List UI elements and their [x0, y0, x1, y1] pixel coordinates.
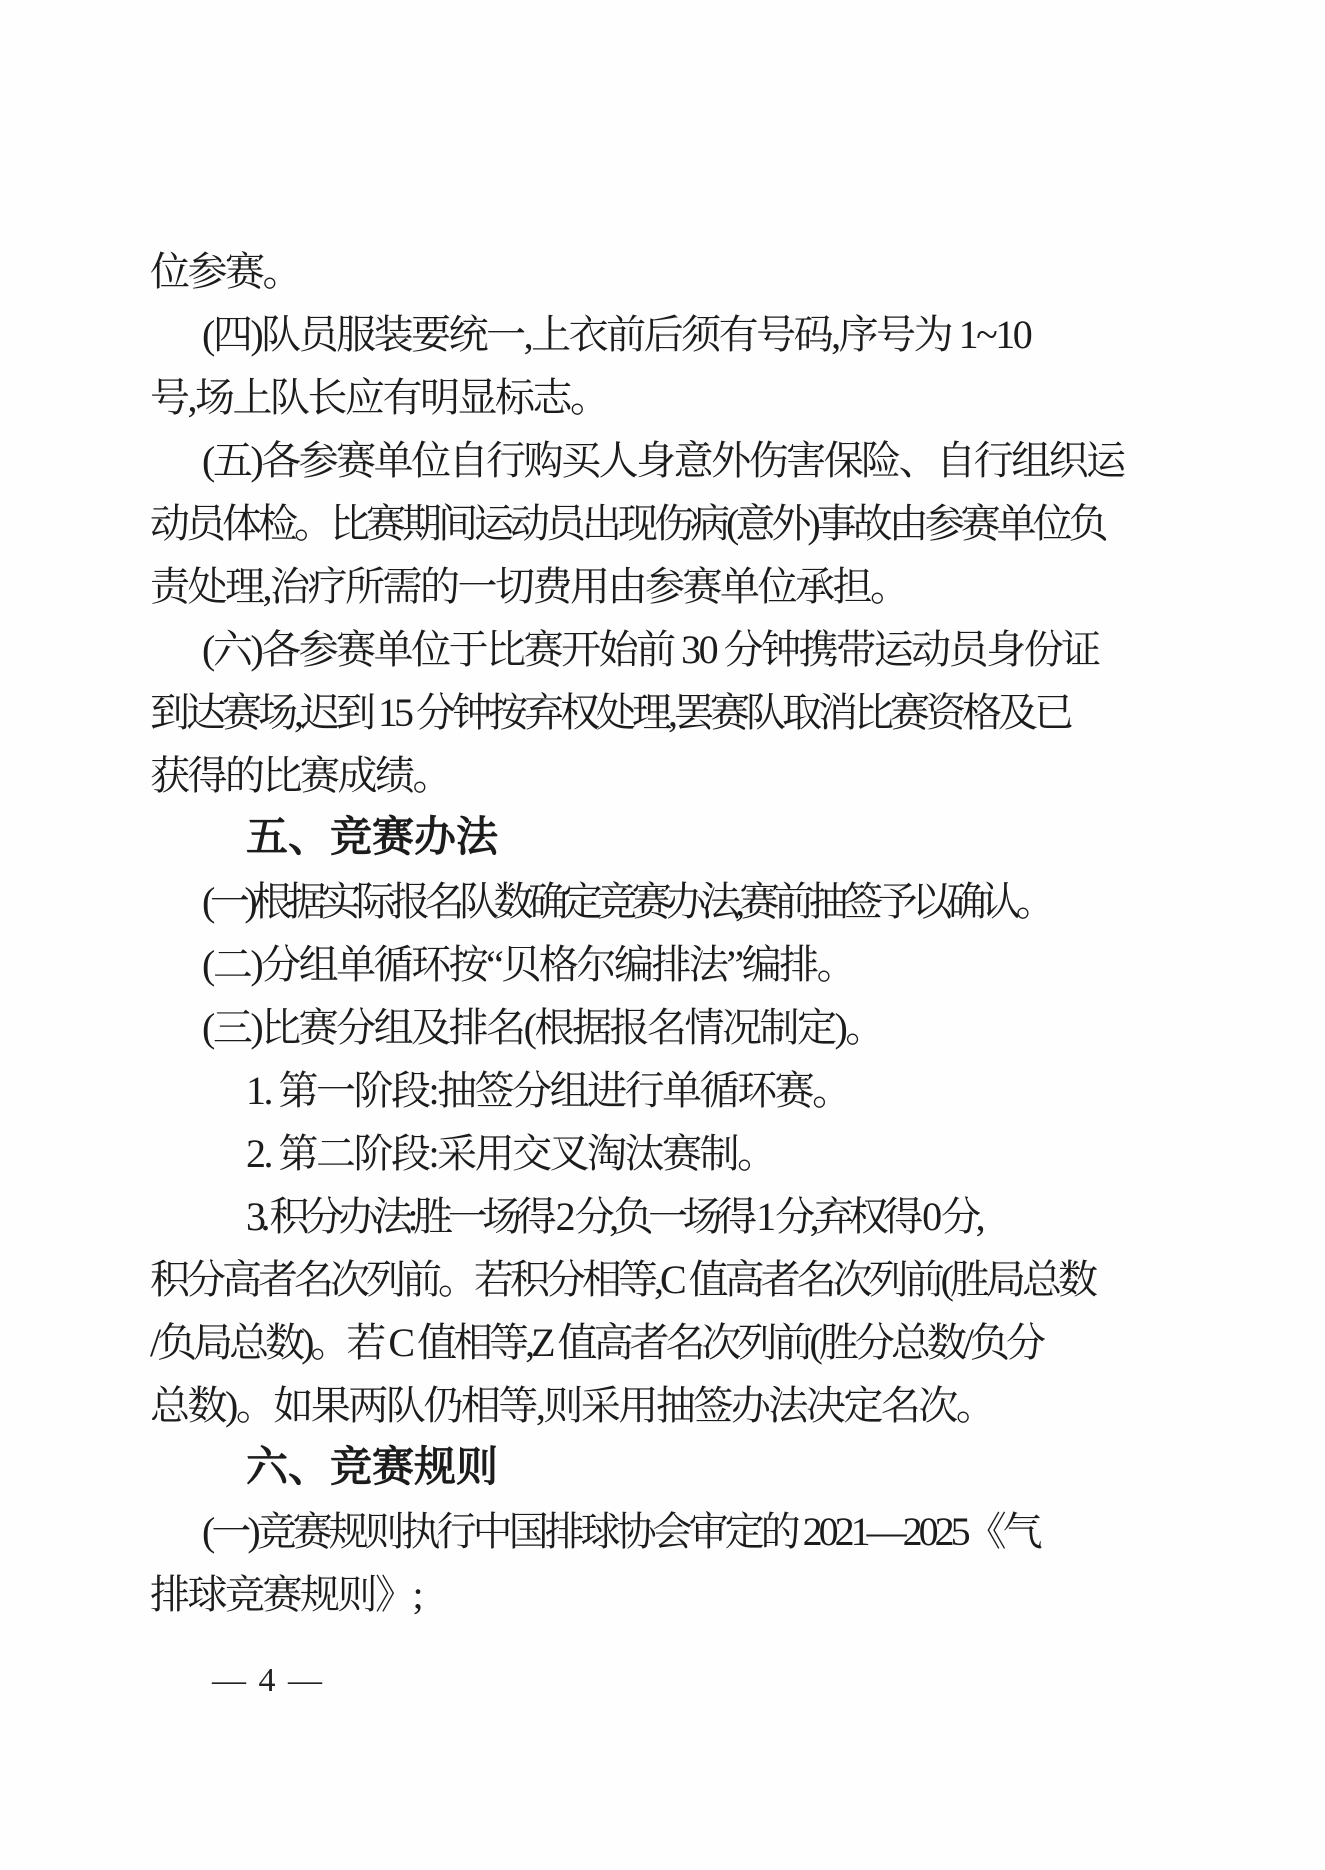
text-line: 总数)。如果两队仍相等,则采用抽签办法决定名次。 [150, 1374, 1190, 1437]
text-line: (四)队员服装要统一,上衣前后须有号码,序号为 1~10 [150, 303, 1190, 366]
text-line: (五)各参赛单位自行购买人身意外伤害保险、自行组织运 [150, 429, 1190, 492]
section-heading: 五、竞赛办法 [150, 807, 1190, 870]
text-line: (六)各参赛单位于比赛开始前 30 分钟携带运动员身份证 [150, 618, 1190, 681]
text-line: (一)竞赛规则执行中国排球协会审定的 2021—2025《气 [150, 1500, 1190, 1563]
section-heading: 六、竞赛规则 [150, 1437, 1190, 1500]
document-body: 位参赛。 (四)队员服装要统一,上衣前后须有号码,序号为 1~10 号,场上队长… [150, 240, 1190, 1626]
text-line: 动员体检。比赛期间运动员出现伤病(意外)事故由参赛单位负 [150, 492, 1190, 555]
list-item-line: 3. 积分办法:胜一场得 2 分,负一场得 1 分,弃权得 0 分, [150, 1185, 1190, 1248]
document-page: 位参赛。 (四)队员服装要统一,上衣前后须有号码,序号为 1~10 号,场上队长… [0, 0, 1325, 1870]
text-line: 排球竞赛规则》; [150, 1563, 1190, 1626]
list-item-line: 2. 第二阶段:采用交叉淘汰赛制。 [150, 1122, 1190, 1185]
text-line: 位参赛。 [150, 240, 1190, 303]
text-line: 获得的比赛成绩。 [150, 744, 1190, 807]
list-item-line: 1. 第一阶段:抽签分组进行单循环赛。 [150, 1059, 1190, 1122]
text-line: 责处理,治疗所需的一切费用由参赛单位承担。 [150, 555, 1190, 618]
text-line: (一)根据实际报名队数确定竞赛办法,赛前抽签予以确认。 [150, 870, 1190, 933]
text-line: 号,场上队长应有明显标志。 [150, 366, 1190, 429]
text-line: 积分高者名次列前。若积分相等,C 值高者名次列前(胜局总数 [150, 1248, 1190, 1311]
text-line: /负局总数)。若 C 值相等,Z 值高者名次列前(胜分总数/负分 [150, 1311, 1190, 1374]
text-line: (二)分组单循环按“贝格尔编排法”编排。 [150, 933, 1190, 996]
text-line: 到达赛场,迟到 15 分钟按弃权处理,罢赛队取消比赛资格及已 [150, 681, 1190, 744]
text-line: (三)比赛分组及排名(根据报名情况制定)。 [150, 996, 1190, 1059]
page-number: — 4 — [212, 1662, 324, 1700]
